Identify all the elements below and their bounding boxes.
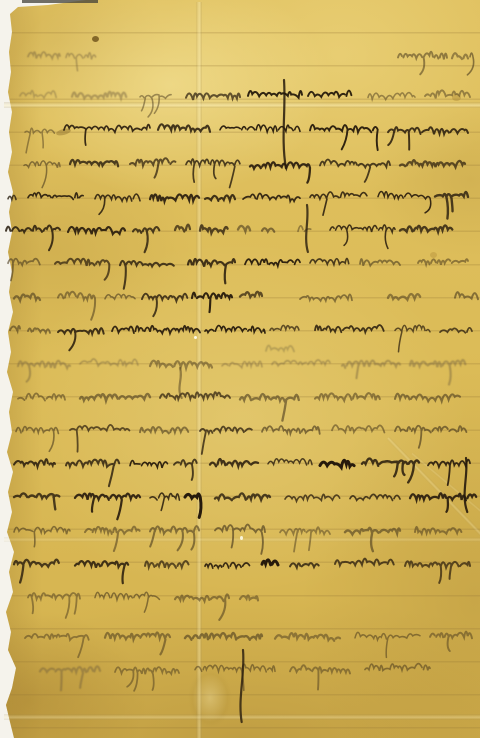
scan-background: { "document": { "title": "Scanned handwr…: [0, 0, 480, 738]
document-description: A scanned single page of an aged, yellow…: [0, 0, 1, 1]
letter-paper: [0, 0, 480, 738]
